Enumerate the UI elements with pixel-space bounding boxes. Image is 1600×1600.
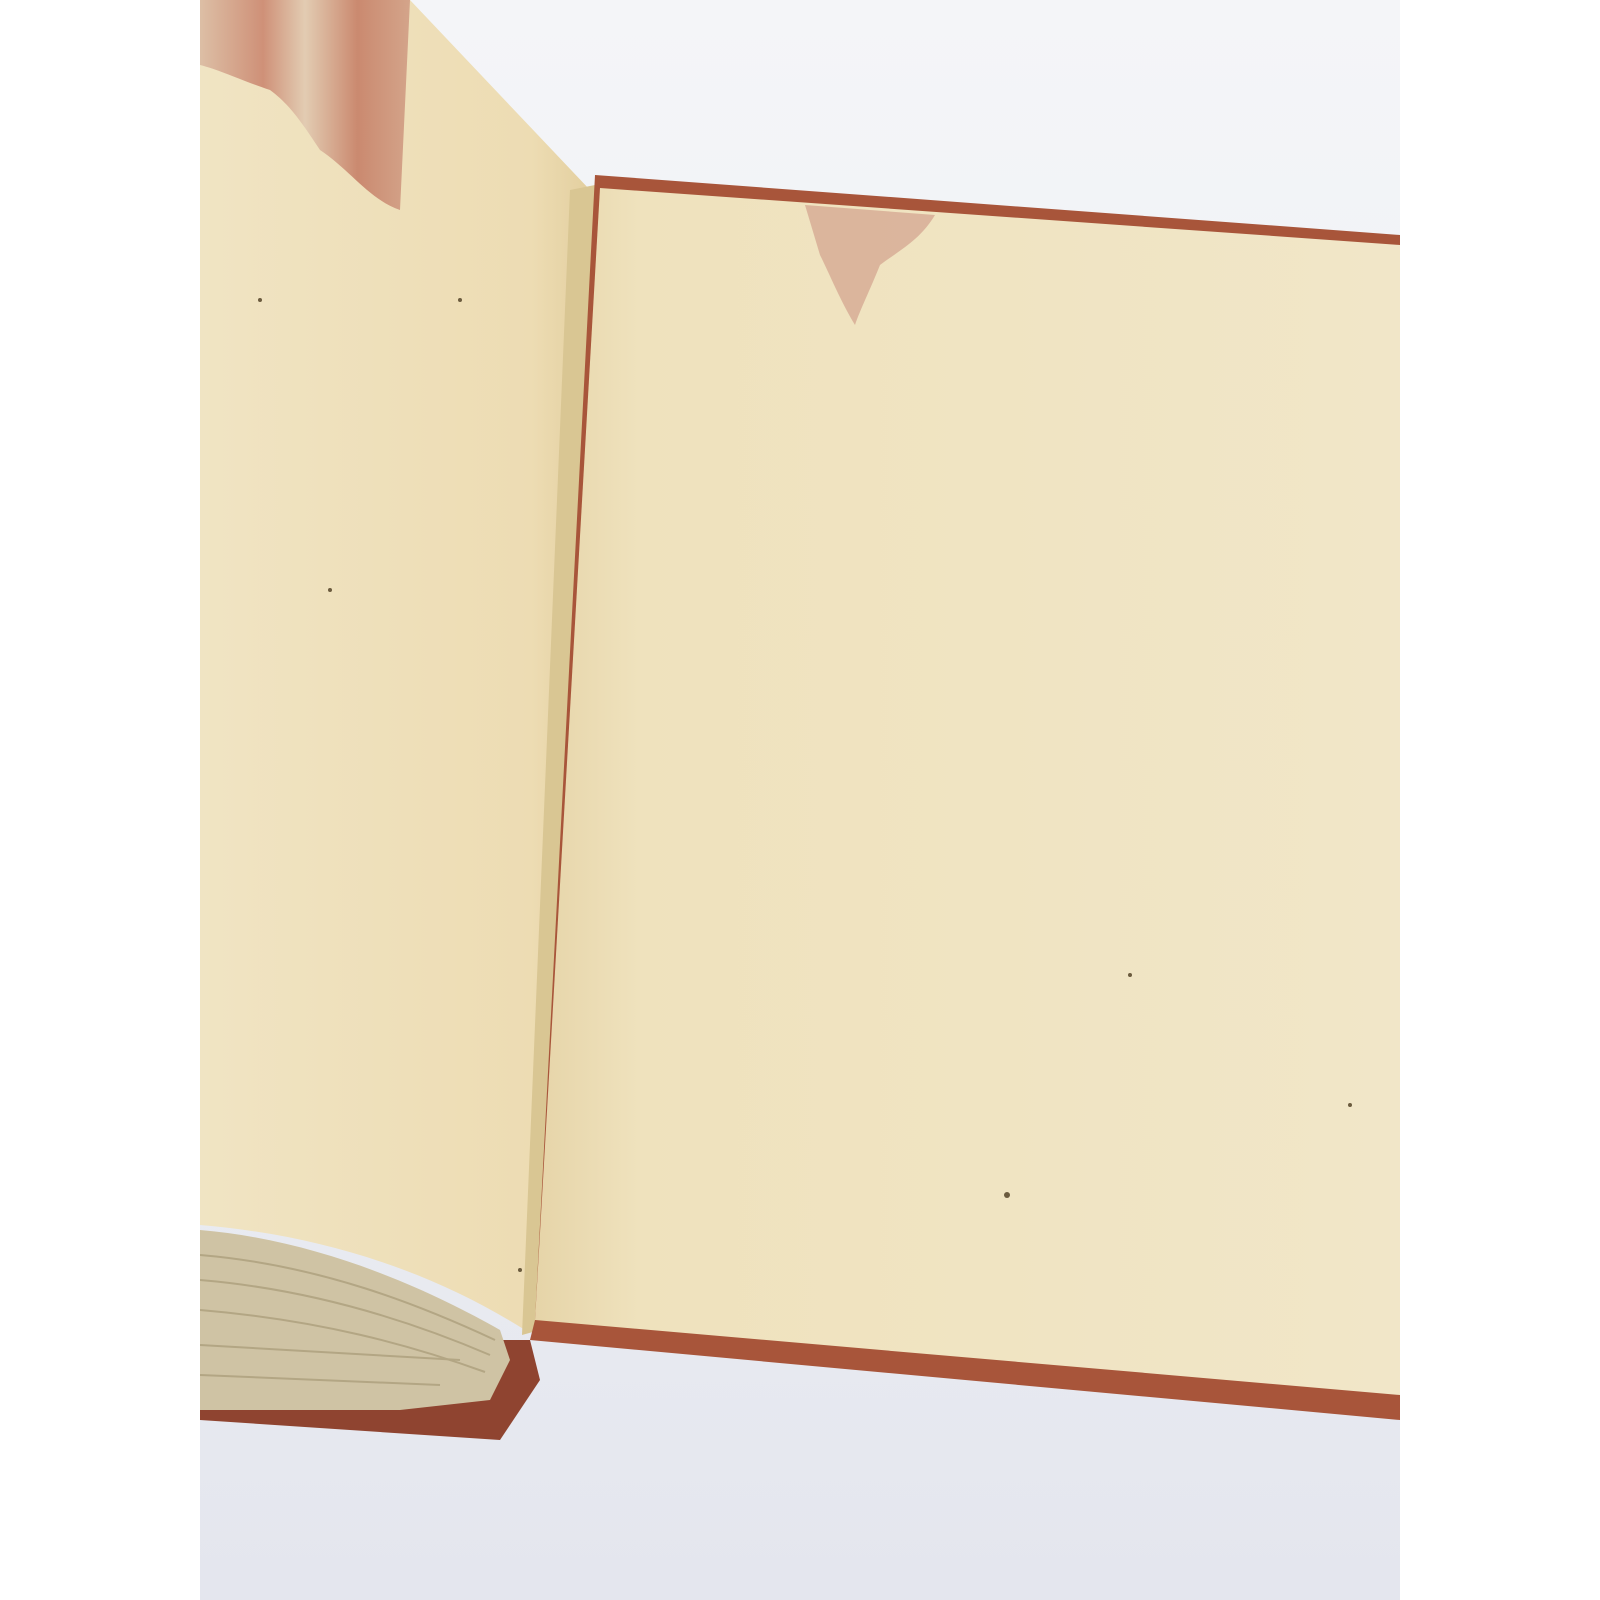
open-book-illustration (200, 0, 1400, 1600)
right-page (535, 188, 1400, 1395)
book-photo (200, 0, 1400, 1600)
